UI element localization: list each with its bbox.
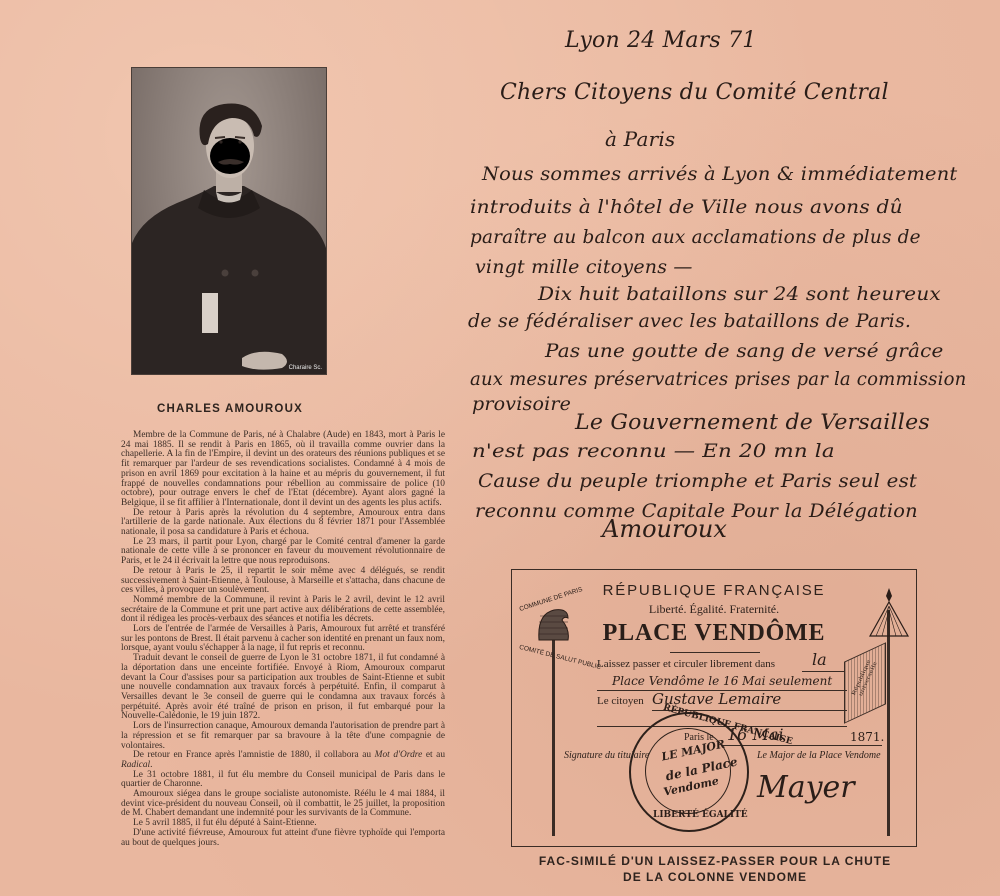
engraver-credit: Charaire Sc.	[289, 365, 322, 371]
form-rule	[802, 671, 844, 672]
letter-line: provisoire	[472, 393, 571, 415]
handwritten-letter: Lyon 24 Mars 71 Chers Citoyens du Comité…	[460, 0, 990, 560]
bio-paragraph: Lors de l'entrée de l'armée de Versaille…	[121, 625, 445, 654]
ornament-divider	[670, 652, 760, 653]
portrait-figure-illustration	[132, 68, 326, 374]
letter-line: Le Gouvernement de Versailles	[575, 410, 930, 434]
bio-paragraph: Traduit devant le conseil de guerre de L…	[121, 654, 445, 722]
bio-paragraph: Amouroux siégea dans le groupe socialist…	[121, 790, 445, 819]
bio-paragraph: Lors de l'insurrection canaque, Amouroux…	[121, 722, 445, 751]
letter-line: Pas une goutte de sang de versé grâce	[545, 340, 944, 362]
biography-title: CHARLES AMOUROUX	[125, 403, 335, 415]
seal-label-salut-public: COMITÉ DE SALUT PUBLIC	[518, 644, 601, 671]
letter-line: vingt mille citoyens —	[475, 256, 693, 278]
pass-citizen-label: Le citoyen	[597, 695, 644, 707]
form-rule	[722, 745, 882, 746]
letter-salutation: Chers Citoyens du Comité Central	[500, 80, 889, 105]
bio-paragraph: Membre de la Commune de Paris, né à Chal…	[121, 431, 445, 509]
newspaper-radical: Radical	[121, 760, 150, 770]
letter-line: Nous sommes arrivés à Lyon & immédiateme…	[482, 163, 957, 185]
letter-line: Dix huit bataillons sur 24 sont heureux	[538, 283, 941, 305]
stamp-ring-bottom: LIBERTÉ ÉGALITÉ	[653, 810, 748, 820]
biography-text: Membre de la Commune de Paris, né à Chal…	[121, 431, 445, 848]
bio-paragraph-radical: De retour en France après l'amnistie de …	[121, 751, 445, 770]
pass-permission-label: Laissez passer et circuler librement dan…	[597, 658, 775, 670]
pass-motto: Liberté. Égalité. Fraternité.	[512, 602, 916, 617]
bio-paragraph: D'une activité fiévreuse, Amouroux fut a…	[121, 829, 445, 848]
letter-line: introduits à l'hôtel de Ville nous avons…	[470, 196, 903, 218]
pass-header: RÉPUBLIQUE FRANÇAISE	[512, 582, 916, 599]
pass-title: PLACE VENDÔME	[512, 620, 916, 647]
letter-line: paraître au balcon aux acclamations de p…	[470, 226, 921, 248]
letter-signature: Amouroux	[602, 515, 727, 543]
bio-paragraph: Le 31 octobre 1881, il fut élu membre du…	[121, 771, 445, 790]
portrait-photo: Charaire Sc.	[131, 67, 327, 375]
pass-year: 1871.	[850, 730, 884, 744]
pass-permission-value: la	[812, 650, 827, 669]
major-signature-label: Le Major de la Place Vendome	[757, 750, 881, 761]
letter-line: n'est pas reconnu — En 20 mn la	[472, 440, 835, 462]
republic-flag: République universelle	[844, 642, 886, 724]
caption-line: FAC-SIMILÉ D'UN LAISSEZ-PASSER POUR LA C…	[505, 853, 925, 869]
left-pole	[552, 640, 555, 836]
letter-dateline: Lyon 24 Mars 71	[565, 28, 756, 53]
letter-line: aux mesures préservatrices prises par la…	[470, 368, 966, 390]
letter-line: de se fédéraliser avec les bataillons de…	[468, 310, 911, 332]
bio-paragraph: De retour à Paris après la révolution du…	[121, 509, 445, 538]
facsimile-caption: FAC-SIMILÉ D'UN LAISSEZ-PASSER POUR LA C…	[505, 853, 925, 885]
pass-place-value: Place Vendôme le 16 Mai seulement	[612, 674, 832, 688]
major-signature: Mayer	[757, 770, 855, 805]
bio-paragraph: Le 23 mars, il partit pour Lyon, chargé …	[121, 538, 445, 567]
bio-paragraph: Nommé membre de la Commune, il revint à …	[121, 596, 445, 625]
official-stamp: RÉPUBLIQUE FRANÇAISE LIBERTÉ ÉGALITÉ LE …	[629, 712, 749, 832]
letter-line: Cause du peuple triomphe et Paris seul e…	[478, 470, 917, 492]
caption-line: DE LA COLONNE VENDOME	[505, 869, 925, 885]
newspaper-mot-dordre: Mot d'Ordre	[375, 750, 423, 760]
bio-paragraph: De retour à Paris le 25, il repartit le …	[121, 567, 445, 596]
letter-address: à Paris	[605, 127, 675, 151]
